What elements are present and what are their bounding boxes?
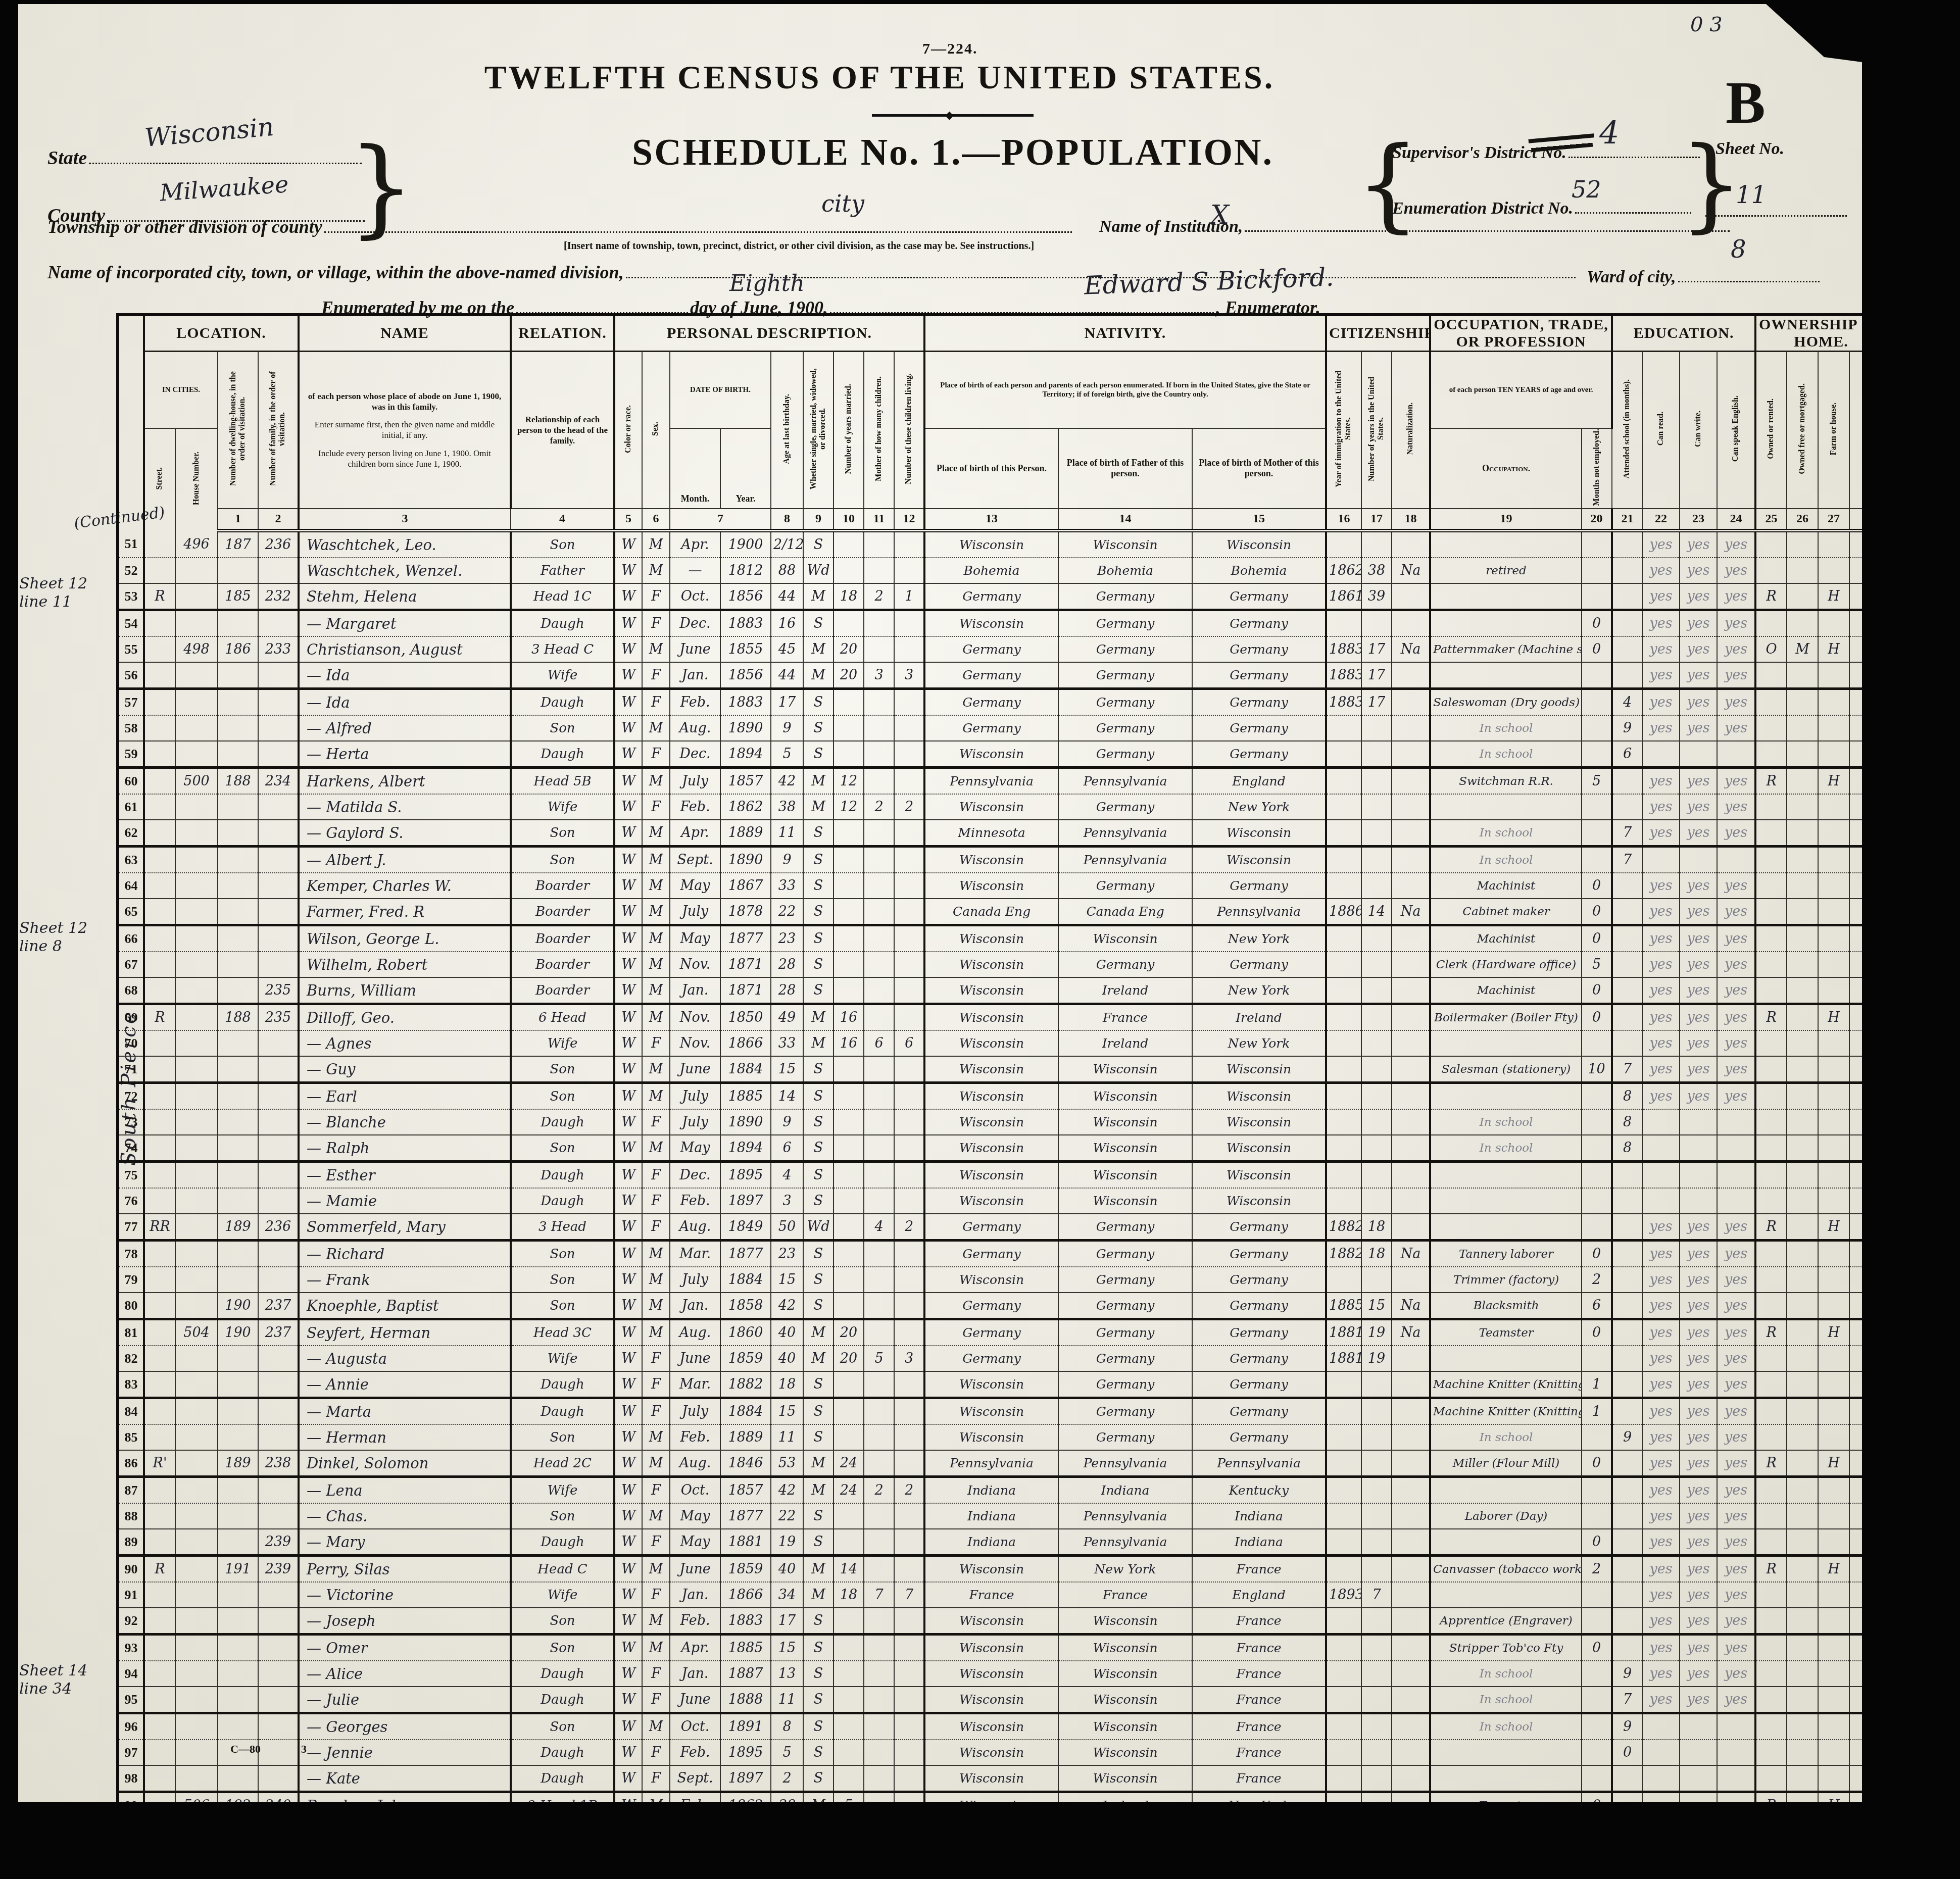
cell-p1: Wisconsin [924,1083,1058,1110]
cell-mo [864,952,894,977]
cell-occ [1430,794,1582,820]
cell-mu [1582,741,1612,768]
cell-ms: S [803,1135,834,1162]
cell-dw: 192 [218,1792,258,1819]
row-number-right: 57 [1887,689,1916,716]
cell-fm: 234 [258,768,299,795]
cell-age: 17 [771,689,803,716]
cell-by: 1866 [720,1030,771,1056]
cell-ym [834,820,864,847]
cell-bm: Nov. [670,1030,720,1056]
cell-ym [834,610,864,637]
cell-s: M [642,715,670,741]
cell-fm [258,847,299,873]
cell-mtg [1787,1477,1818,1504]
cell-c: W [614,1477,642,1504]
cell-dw: 189 [218,1214,258,1241]
table-row: 100— Sarah J.WifeWFApr.186041M532Wiscons… [118,1818,1916,1845]
cell-ym [834,1135,864,1162]
cell-wr: yes [1680,899,1717,925]
cell-dw [218,741,258,768]
cell-mu [1582,1135,1612,1162]
cell-wr: yes [1680,1477,1717,1504]
cell-c: W [614,1661,642,1687]
cell-p3: Wisconsin [1192,1135,1326,1162]
cell-age: 50 [771,1214,803,1241]
cell-mu: 2 [1582,1267,1612,1293]
col-can-write: Can write. [1680,352,1717,509]
col-number-4: 4 [511,509,614,531]
row-number-right: 94 [1887,1661,1916,1687]
cell-hn: 500 [175,768,218,795]
cell-age: 53 [771,1450,803,1477]
cell-fh [1818,1346,1849,1371]
cell-sch [1612,1765,1642,1792]
cell-iy [1326,610,1361,637]
cell-mo [864,977,894,1004]
cell-mo [864,636,894,662]
cell-occ [1430,1188,1582,1214]
cell-wr: yes [1680,820,1717,847]
col-years-in-us-label: Number of years in the United States. [1367,366,1386,492]
cell-wr: yes [1680,1556,1717,1583]
cell-cl [894,1765,924,1792]
col-number-1: 1 [218,509,258,531]
cell-ym: 5 [834,1792,864,1819]
cell-iy [1326,873,1361,899]
col-months-not-employed-label: Months not employed. [1592,429,1601,506]
cell-rd: yes [1642,1792,1680,1819]
cell-bm: June [670,1056,720,1083]
cell-fh [1818,1398,1849,1425]
cell-fm [258,610,299,637]
table-row: 66Wilson, George L.BoarderWMMay187723SWi… [118,925,1916,952]
cell-dw [218,1529,258,1556]
cell-mo: 6 [864,1030,894,1056]
cell-p2: Pennsylvania [1058,1450,1192,1477]
cell-c: W [614,1109,642,1135]
cell-occ: Machinist [1430,873,1582,899]
cell-cl [894,1162,924,1189]
row-number-left: 97 [118,1740,144,1765]
cell-p2: Wisconsin [1058,1056,1192,1083]
cell-occ [1430,1529,1582,1556]
cell-s: F [642,741,670,768]
cell-occ [1430,1477,1582,1504]
cell-fs [1849,1661,1887,1687]
cell-p1: Wisconsin [924,1792,1058,1819]
cell-p1: Wisconsin [924,1056,1058,1083]
cell-ms: S [803,1056,834,1083]
cell-p2: Canada Eng [1058,899,1192,925]
cell-fs [1849,1818,1887,1845]
ward-label: Ward of city, [1587,268,1676,286]
cell-p1: Germany [924,689,1058,716]
cell-iy: 1893 [1326,1582,1361,1608]
cell-rd: yes [1642,1319,1680,1346]
cell-iy [1326,1740,1361,1765]
cell-bm: Jan. [670,1661,720,1687]
cell-rel: Boarder [511,952,614,977]
cell-wr: yes [1680,1424,1717,1450]
cell-rd: yes [1642,1241,1680,1267]
cell-rd: yes [1642,925,1680,952]
col-owned-free: Owned free or mortgaged. [1787,352,1818,509]
cell-s: F [642,1214,670,1241]
cell-mo [864,847,894,873]
cell-by: 1884 [720,1267,771,1293]
cell-by: 1890 [720,847,771,873]
cell-p1: Germany [924,1241,1058,1267]
cell-cl [894,610,924,637]
cell-s: F [642,1818,670,1845]
cell-rd: yes [1642,558,1680,583]
cell-name: Waschtchek, Wenzel. [299,558,511,583]
ward-value: 8 [1731,235,1746,264]
col-in-cities: IN CITIES. [144,352,218,428]
cell-occ: Teamster [1430,1319,1582,1346]
cell-occ: Teamster [1430,1792,1582,1819]
cell-c: W [614,1503,642,1529]
cell-mtg [1787,1030,1818,1056]
cell-dw [218,1713,258,1740]
cell-fs [1849,1188,1887,1214]
cell-st [144,1135,175,1162]
cell-own [1755,1030,1787,1056]
cell-name: Perry, Silas [299,1556,511,1583]
cell-dw [218,1398,258,1425]
cell-by: 1850 [720,1004,771,1031]
cell-hn [175,925,218,952]
cell-sch: 7 [1612,1056,1642,1083]
cell-ms: S [803,1635,834,1661]
cell-age: 2/12 [771,531,803,558]
col-can-speak-label: Can speak English. [1731,395,1740,462]
cell-occ [1430,1030,1582,1056]
row-number-left: 91 [118,1582,144,1608]
cell-cl [894,1241,924,1267]
cell-yu [1361,1135,1392,1162]
col-number-5: 5 [614,509,642,531]
cell-rd: yes [1642,1661,1680,1687]
cell-ym [834,1740,864,1765]
cell-ms: S [803,820,834,847]
cell-name: — Kate [299,1765,511,1792]
cell-occ: retired [1430,558,1582,583]
cell-rel: Head 2C [511,1450,614,1477]
col-color-label: Color or race. [624,405,633,453]
cell-st [144,558,175,583]
cell-ms: S [803,1162,834,1189]
table-row: 61— Matilda S.WifeWFFeb.186238M1222Wisco… [118,794,1916,820]
cell-yu: 17 [1361,636,1392,662]
cell-fm [258,820,299,847]
cell-sch [1612,794,1642,820]
cell-age: 42 [771,1477,803,1504]
cell-fm [258,1740,299,1765]
cell-wr: yes [1680,558,1717,583]
row-number-left: 83 [118,1371,144,1398]
col-farm-schedule-label: Number of farm schedule. [1863,384,1872,474]
cell-bm: Feb. [670,1740,720,1765]
row-number-left: 93 [118,1635,144,1661]
cell-sch [1612,899,1642,925]
cell-name: Burns, William [299,977,511,1004]
cell-c: W [614,1293,642,1319]
cell-na [1392,741,1430,768]
cell-cl [894,1371,924,1398]
cell-iy [1326,1083,1361,1110]
group-education: EDUCATION. [1612,315,1755,352]
row-number-left: 100 [118,1818,144,1845]
col-street-label: Street. [155,467,164,490]
row-number-left: 73 [118,1109,144,1135]
cell-dw [218,1687,258,1713]
cell-rd [1642,741,1680,768]
institution-line [1245,212,1730,232]
bottom-imprint-right: 3 [301,1743,307,1756]
cell-s: F [642,583,670,610]
cell-ym [834,715,864,741]
cell-p1: Wisconsin [924,977,1058,1004]
cell-hn [175,1162,218,1189]
cell-rel: 3 Head [511,1214,614,1241]
cell-p1: Germany [924,1293,1058,1319]
cell-c: W [614,1687,642,1713]
cell-bm: Jan. [670,977,720,1004]
cell-fs [1849,1398,1887,1425]
cell-ms: Wd [803,1214,834,1241]
cell-rel: Daugh [511,1529,614,1556]
cell-ms: S [803,715,834,741]
cell-st [144,610,175,637]
cell-cl [894,820,924,847]
cell-iy [1326,1056,1361,1083]
cell-c: W [614,558,642,583]
cell-bm: Mar. [670,1241,720,1267]
table-row: 88— Chas.SonWMMay187722SIndianaPennsylva… [118,1503,1916,1529]
cell-cl [894,1267,924,1293]
cell-hn [175,558,218,583]
cell-bm: Jan. [670,662,720,689]
cell-sch [1612,531,1642,558]
cell-name: — Joseph [299,1608,511,1635]
cell-rel: Son [511,1056,614,1083]
cell-bm: Feb. [670,794,720,820]
cell-ym: 24 [834,1450,864,1477]
cell-mo: 4 [864,1214,894,1241]
cell-occ: Patternmaker (Machine shop) [1430,636,1582,662]
cell-s: F [642,1398,670,1425]
col-age: Age at last birthday. [771,352,803,509]
cell-mo [864,1162,894,1189]
cell-st [144,1740,175,1765]
cell-by: 1855 [720,636,771,662]
cell-ms: M [803,583,834,610]
table-row: 72— EarlSonWMJuly188514SWisconsinWiscons… [118,1083,1916,1110]
cell-p1: Bohemia [924,558,1058,583]
cell-name: — Herta [299,741,511,768]
cell-occ: Machinist [1430,925,1582,952]
enumeration-district-value: 52 [1572,176,1601,203]
cell-hn [175,662,218,689]
cell-hn [175,1477,218,1504]
cell-own [1755,899,1787,925]
cell-wr [1680,1713,1717,1740]
cell-c: W [614,952,642,977]
cell-fh [1818,1529,1849,1556]
cell-rd [1642,1740,1680,1765]
cell-mtg [1787,1529,1818,1556]
cell-name: — Victorine [299,1582,511,1608]
cell-age: 15 [771,1398,803,1425]
cell-cl [894,1687,924,1713]
cell-rd: yes [1642,1608,1680,1635]
cell-hn [175,952,218,977]
column-numbers-row: 1234567891011121314151617181920212223242… [118,509,1916,531]
cell-rd: yes [1642,794,1680,820]
cell-age: 40 [771,1346,803,1371]
cell-ym [834,689,864,716]
cell-age: 33 [771,873,803,899]
cell-own [1755,1503,1787,1529]
cell-s: M [642,1267,670,1293]
cell-sch [1612,1477,1642,1504]
cell-ms: M [803,1004,834,1031]
col-immigration-year-label: Year of immigration to the United States… [1335,366,1353,492]
cell-ms: M [803,1450,834,1477]
cell-occ: Miller (Flour Mill) [1430,1450,1582,1477]
cell-by: 1884 [720,1056,771,1083]
table-row: 78— RichardSonWMMar.187723SGermanyGerman… [118,1241,1916,1267]
cell-c: W [614,610,642,637]
cell-own: O [1755,636,1787,662]
cell-by: 1883 [720,1608,771,1635]
cell-ym: 14 [834,1556,864,1583]
cell-sch: 0 [1612,1740,1642,1765]
row-number-left: 58 [118,715,144,741]
cell-fh [1818,689,1849,716]
cell-fm: 239 [258,1556,299,1583]
col-name-description: of each person whose place of abode on J… [299,352,511,509]
cell-mo [864,715,894,741]
cell-p2: Wisconsin [1058,1109,1192,1135]
township-instruction-note: [Insert name of township, town, precinct… [564,240,1034,252]
cell-age: 19 [771,1529,803,1556]
table-row: 93— OmerSonWMApr.188515SWisconsinWiscons… [118,1635,1916,1661]
cell-bm: July [670,768,720,795]
cell-rel: Wife [511,1346,614,1371]
col-month: Month. [670,428,720,509]
cell-fm [258,1398,299,1425]
cell-own [1755,610,1787,637]
cell-mtg [1787,1162,1818,1189]
cell-mtg [1787,715,1818,741]
row-number-left: 88 [118,1503,144,1529]
cell-dw [218,1109,258,1135]
cell-bm: July [670,1083,720,1110]
col-dob: DATE OF BIRTH. [670,352,771,428]
cell-sp: yes [1717,1319,1755,1346]
cell-wr: yes [1680,1450,1717,1477]
cell-wr: yes [1680,689,1717,716]
cell-mu [1582,1687,1612,1713]
cell-bm: Apr. [670,1818,720,1845]
cell-bm: Oct. [670,1713,720,1740]
cell-st [144,952,175,977]
cell-mo: 2 [864,794,894,820]
cell-fm [258,1477,299,1504]
cell-sch [1612,1319,1642,1346]
cell-mo: 2 [864,1477,894,1504]
cell-wr [1680,1740,1717,1765]
cell-cl [894,1740,924,1765]
table-row: 51496187236Waschtchek, Leo.SonWMApr.1900… [118,531,1916,558]
cell-na [1392,1818,1430,1845]
cell-yu [1361,531,1392,558]
cell-age: 11 [771,1424,803,1450]
cell-rel: Head 1C [511,583,614,610]
cell-dw [218,977,258,1004]
cell-occ [1430,1083,1582,1110]
col-family-label: Number of family, in the order of visita… [269,366,287,492]
cell-yu: 7 [1361,1582,1392,1608]
cell-c: W [614,1188,642,1214]
cell-hn [175,1293,218,1319]
cell-name: Kemper, Charles W. [299,873,511,899]
cell-wr: yes [1680,531,1717,558]
cell-fh [1818,558,1849,583]
cell-by: 1849 [720,1214,771,1241]
cell-c: W [614,1241,642,1267]
cell-sp: yes [1717,1293,1755,1319]
cell-own [1755,1293,1787,1319]
cell-mo [864,1661,894,1687]
cell-occ: In school [1430,1135,1582,1162]
cell-iy [1326,1765,1361,1792]
cell-wr [1680,847,1717,873]
cell-p2: Pennsylvania [1058,768,1192,795]
cell-p3: Germany [1192,662,1326,689]
cell-st [144,1371,175,1398]
cell-cl [894,1056,924,1083]
cell-c: W [614,1267,642,1293]
cell-ms: S [803,1765,834,1792]
cell-bm: Feb. [670,1424,720,1450]
cell-mtg [1787,794,1818,820]
cell-fh: H [1818,1004,1849,1031]
cell-own [1755,1713,1787,1740]
cell-hn [175,1556,218,1583]
cell-iy: 1882 [1326,1214,1361,1241]
cell-fh [1818,977,1849,1004]
cell-p3: Germany [1192,636,1326,662]
cell-sp: yes [1717,1056,1755,1083]
cell-fh [1818,662,1849,689]
row-number-right: 56 [1887,662,1916,689]
cell-mo [864,1687,894,1713]
cell-fs [1849,1556,1887,1583]
cell-fh [1818,1818,1849,1845]
cell-sp: yes [1717,1582,1755,1608]
col-number-9: 9 [803,509,834,531]
cell-p3: Wisconsin [1192,1056,1326,1083]
cell-na [1392,1582,1430,1608]
cell-mu: 1 [1582,1398,1612,1425]
row-number-right: 53 [1887,583,1916,610]
cell-s: M [642,1241,670,1267]
cell-mo [864,925,894,952]
